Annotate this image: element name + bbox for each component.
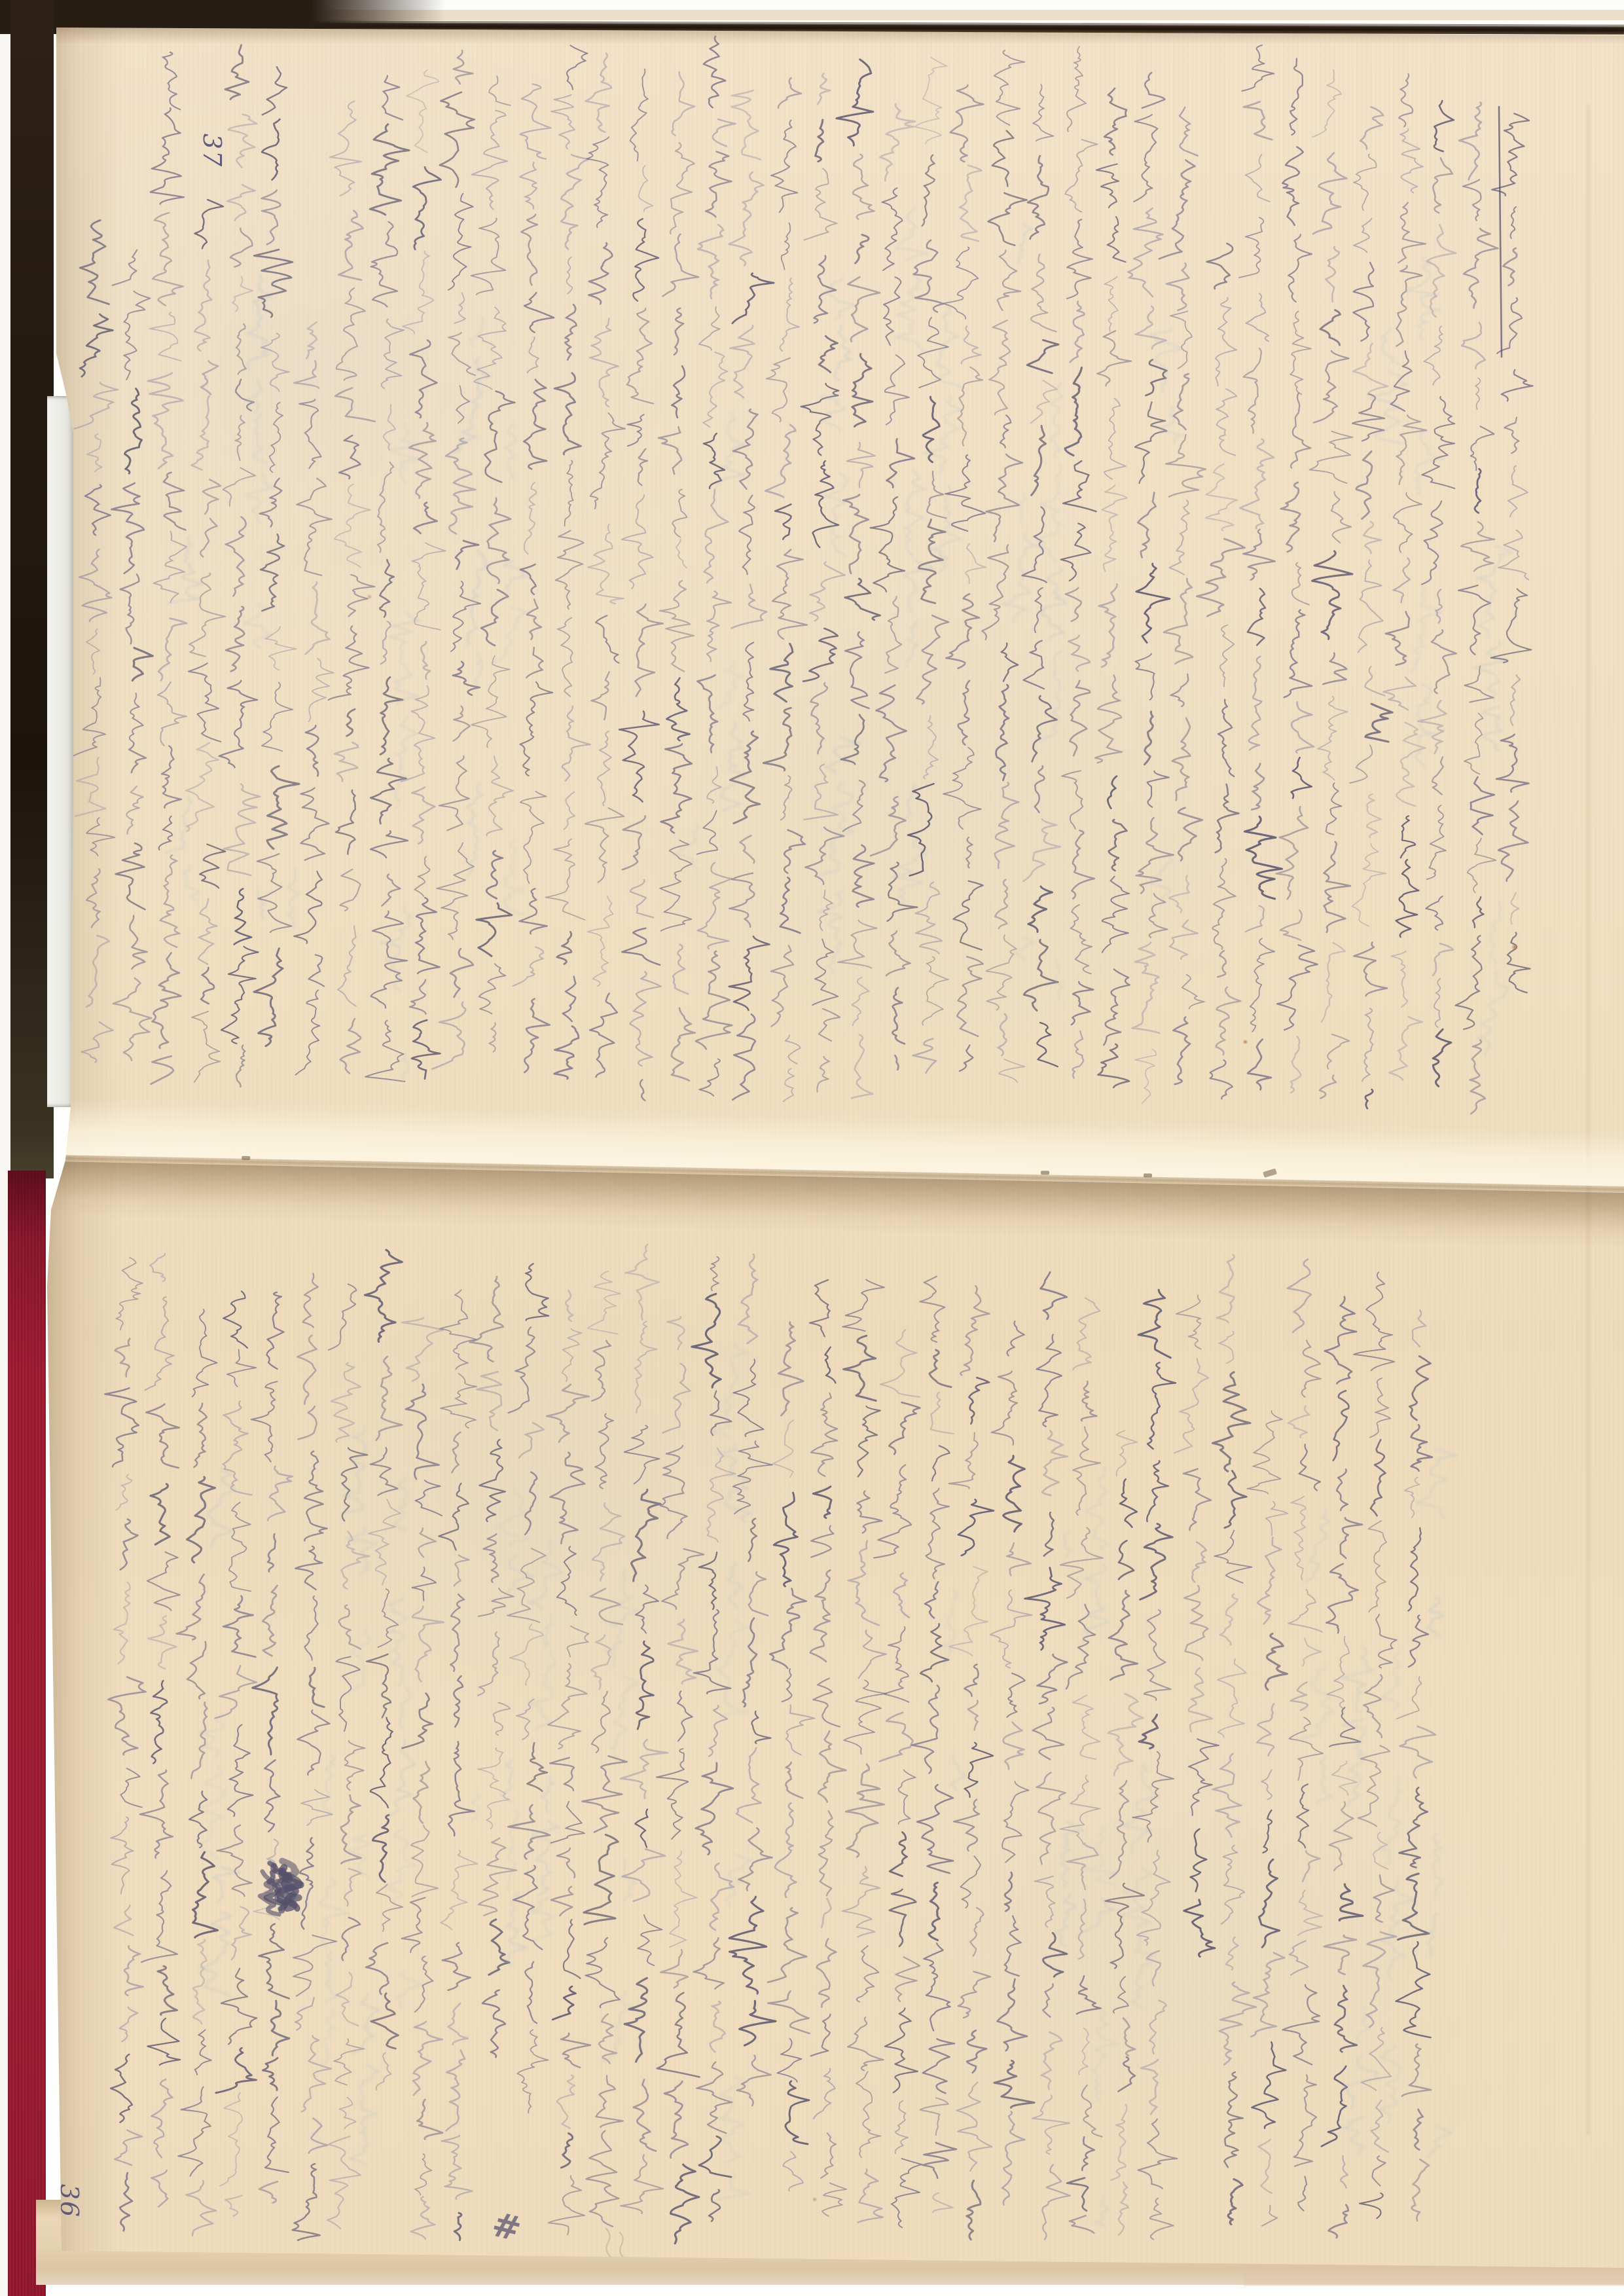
- binding-stitch-hole: [242, 1156, 250, 1160]
- rust-speck: [812, 2197, 818, 2202]
- binding-stitch-hole: [1144, 1173, 1152, 1177]
- rust-speck: [1242, 1040, 1248, 1044]
- rust-speck: [1511, 944, 1519, 950]
- binding-stitch-hole: [1041, 1171, 1049, 1175]
- red-cloth-cover-edge: [8, 1171, 46, 2296]
- bookmark-tab: [47, 396, 75, 1107]
- scanned-book-spread: 37 36 #: [0, 0, 1624, 2296]
- rust-speck: [367, 594, 372, 599]
- diary-paper-spread: 37 36 #: [0, 0, 1624, 2296]
- center-fold: [0, 1097, 1624, 1288]
- page-number-37: 37: [198, 134, 226, 168]
